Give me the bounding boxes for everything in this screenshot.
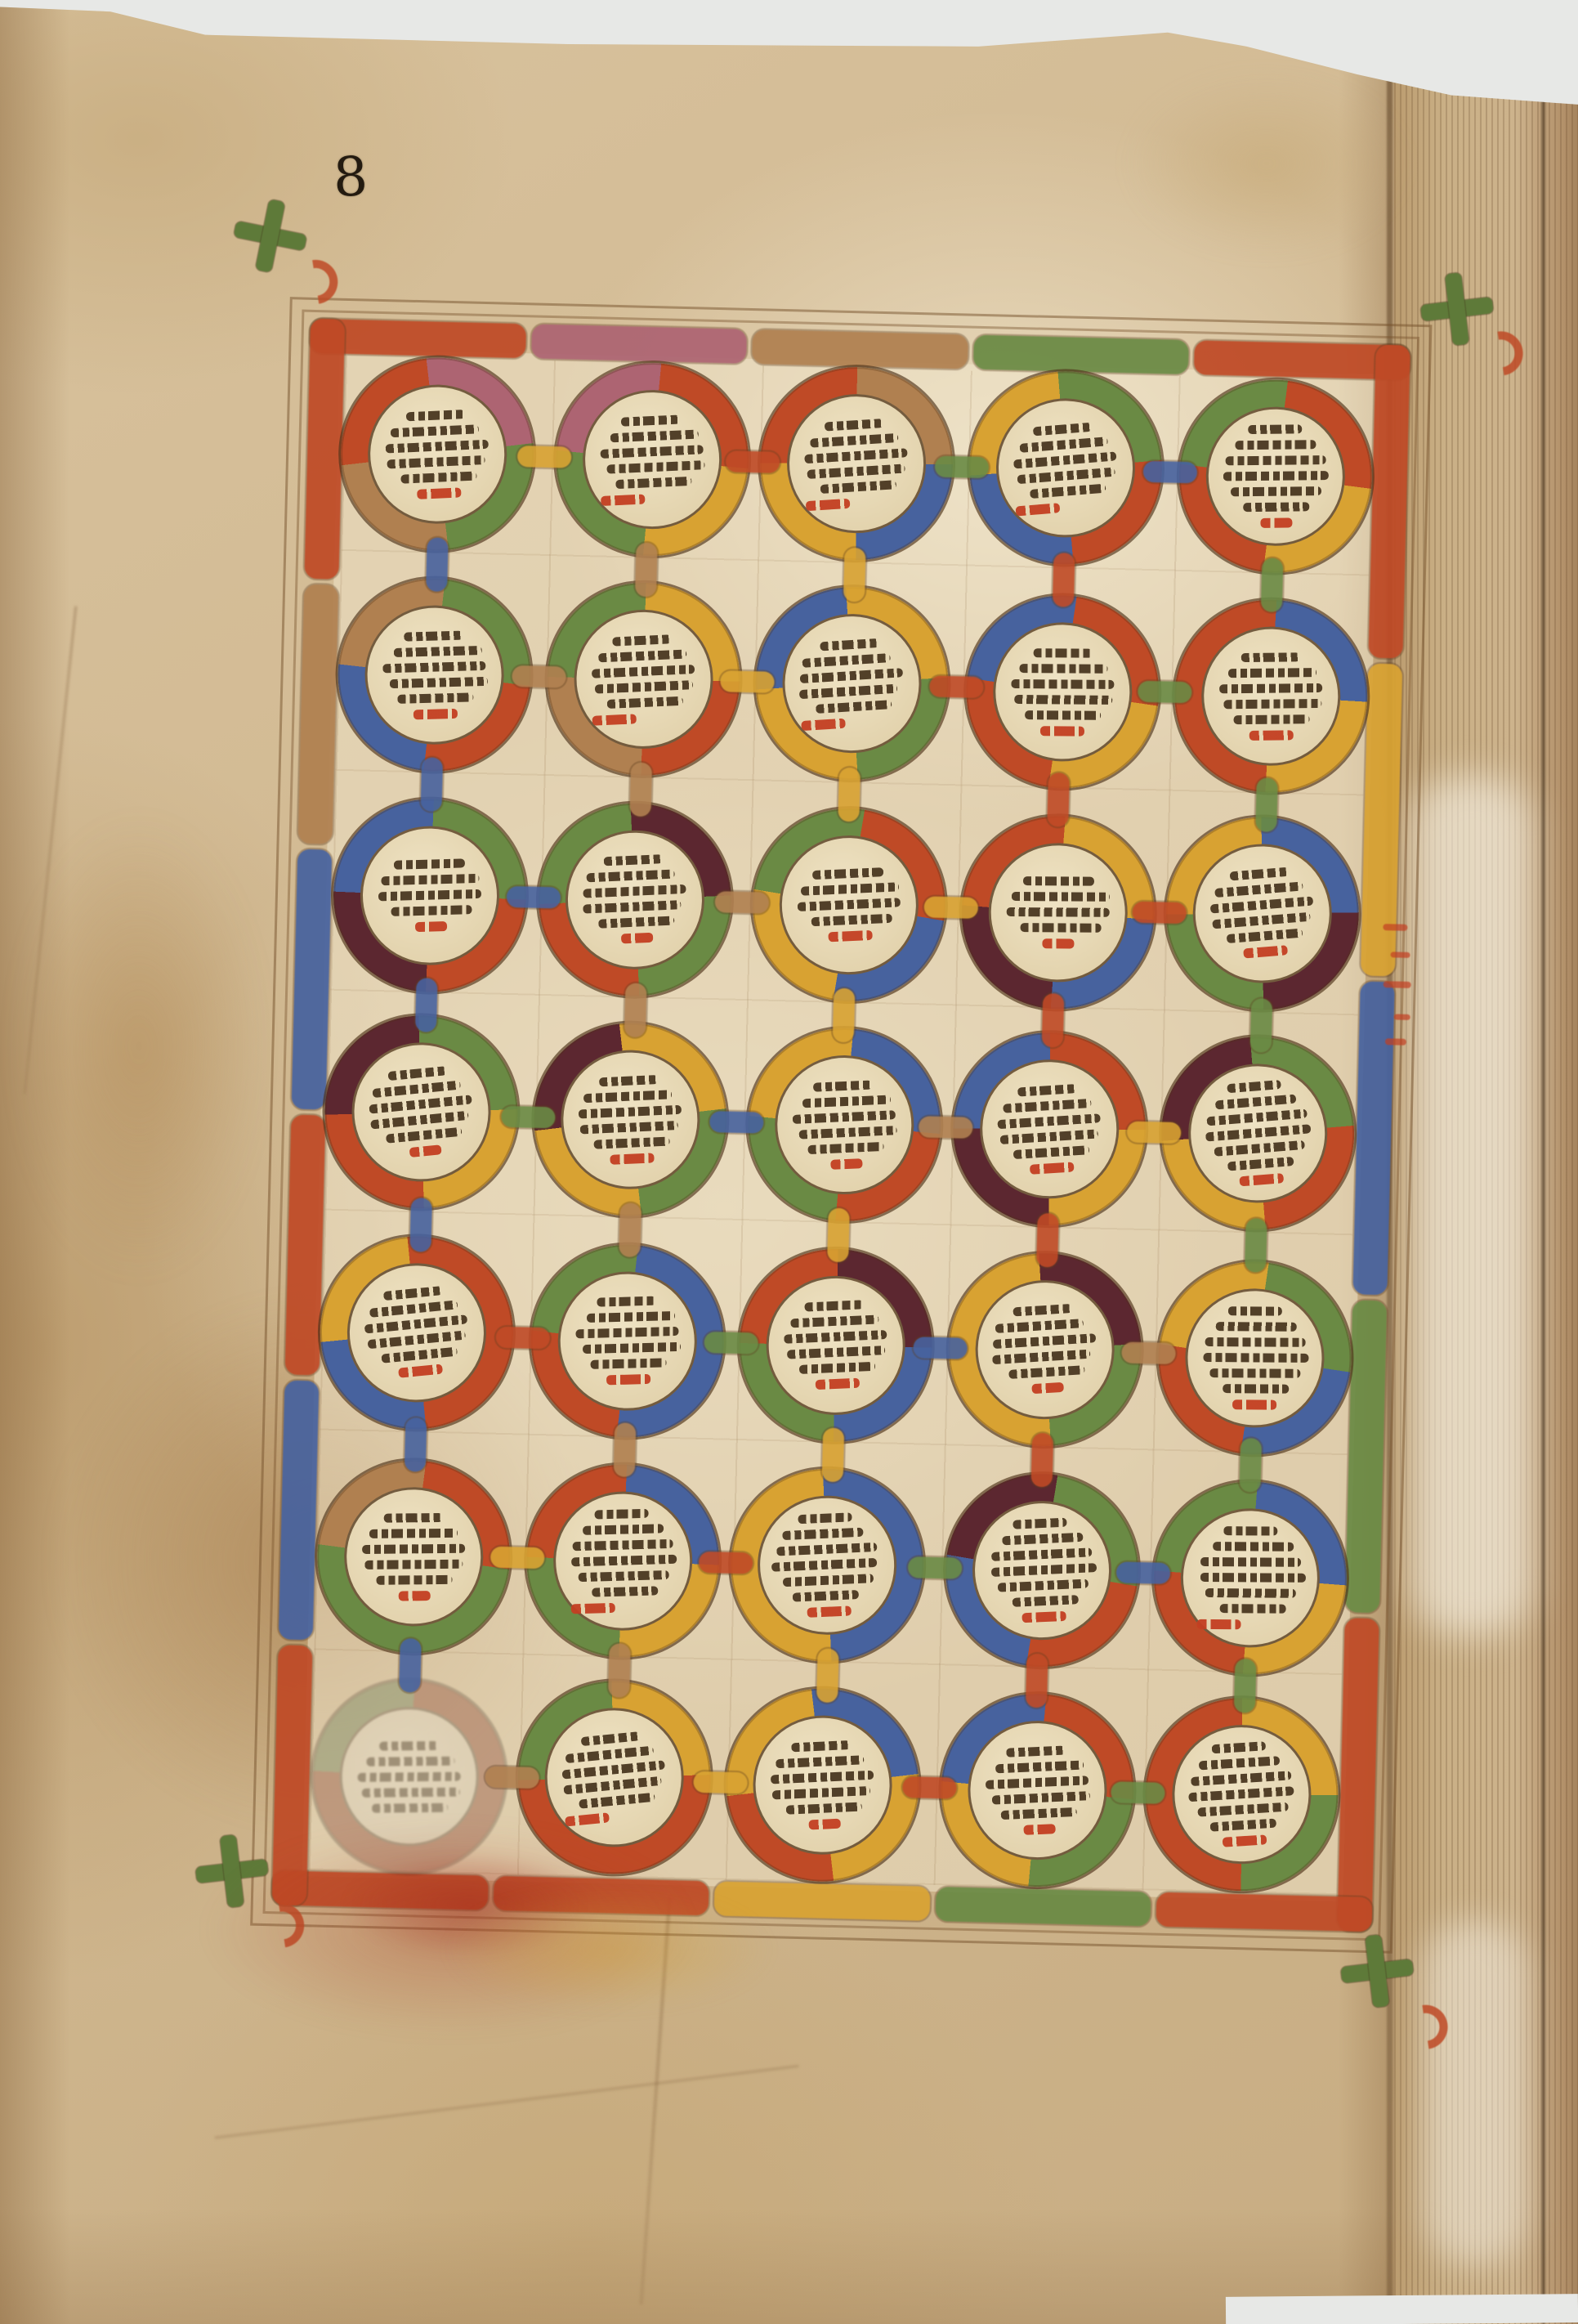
syriac-text-line <box>578 1570 668 1582</box>
syriac-text-line <box>1223 1384 1289 1394</box>
circle-text-disc <box>1170 1724 1312 1866</box>
syriac-text-line <box>813 1080 872 1091</box>
syriac-text-line <box>1013 451 1115 468</box>
syriac-text-line <box>1003 1099 1091 1113</box>
syriac-text-line <box>385 1126 462 1143</box>
syriac-text-line <box>586 870 674 883</box>
ink-stroke <box>1383 924 1407 931</box>
chain-link <box>822 1428 845 1483</box>
syriac-text-line <box>1200 1573 1305 1583</box>
syriac-text-line <box>1213 1542 1294 1552</box>
syriac-text-line <box>594 1509 648 1520</box>
syriac-text-line <box>372 1080 461 1097</box>
syriac-text-line <box>1020 923 1101 933</box>
circle-text-disc <box>773 1054 915 1196</box>
fore-edge-worn-patch <box>1410 777 1532 1635</box>
syriac-text-line <box>381 1347 458 1364</box>
scan-backdrop <box>1226 2294 1578 2324</box>
syriac-text-line <box>387 1066 447 1081</box>
folio-number: 8 <box>333 145 369 208</box>
chain-link <box>693 1771 748 1794</box>
red-rubric-mark <box>806 498 851 510</box>
chain-link <box>1052 553 1075 607</box>
red-rubric-mark <box>1232 1399 1276 1409</box>
syriac-text-block <box>788 636 915 731</box>
syriac-text-block <box>793 416 920 511</box>
syriac-text-line <box>1219 1604 1285 1614</box>
syriac-text-line <box>1017 467 1115 484</box>
syriac-text-line <box>381 874 479 885</box>
red-rubric-mark <box>1029 1162 1074 1174</box>
syriac-text-line <box>1228 1306 1282 1315</box>
circle-text-disc <box>366 383 508 526</box>
red-rubric-mark <box>1030 1382 1063 1394</box>
syriac-text-block <box>1000 648 1124 737</box>
red-rubric-mark <box>413 709 458 720</box>
syriac-text-line <box>1225 455 1325 465</box>
syriac-text-line <box>591 665 694 678</box>
syriac-text-line <box>620 414 679 426</box>
chain-link <box>902 1776 957 1799</box>
syriac-text-line <box>1205 1337 1305 1347</box>
syriac-text-block <box>548 1728 679 1827</box>
red-rubric-mark <box>409 1144 441 1158</box>
red-rubric-mark <box>601 494 645 505</box>
circle-text-disc <box>780 612 923 755</box>
syriac-text-line <box>776 1543 877 1556</box>
syriac-text-line <box>391 905 472 916</box>
circle-text-disc <box>559 1049 701 1191</box>
syriac-text-line <box>379 1741 438 1751</box>
syriac-text-block <box>1192 1077 1323 1190</box>
syriac-text-line <box>580 1731 640 1746</box>
chain-link <box>506 886 561 909</box>
red-rubric-mark <box>828 930 872 942</box>
syriac-text-line <box>782 1574 873 1587</box>
syriac-text-block <box>759 1739 886 1832</box>
chain-link <box>704 1332 759 1355</box>
circle-text-disc <box>765 1274 907 1416</box>
red-rubric-mark <box>1260 518 1292 528</box>
chain-link <box>1138 681 1192 704</box>
circle-text-disc <box>563 828 705 970</box>
syriac-text-line <box>801 882 899 895</box>
chain-link <box>1261 557 1284 612</box>
circle-text-disc <box>778 834 920 976</box>
yellow-paint-smear <box>445 1888 772 2011</box>
chain-link <box>635 542 658 597</box>
syriac-text-block <box>1188 1526 1312 1630</box>
chain-link <box>913 1337 968 1359</box>
syriac-text-line <box>771 1771 874 1784</box>
syriac-text-line <box>387 455 485 468</box>
stain <box>16 817 262 1275</box>
syriac-text-line <box>1017 1084 1076 1096</box>
circle-text-disc <box>364 604 506 746</box>
syriac-text-line <box>1006 907 1109 917</box>
syriac-text-block <box>1198 865 1327 962</box>
circle-text-disc <box>1183 1287 1325 1429</box>
syriac-text-line <box>383 1286 443 1301</box>
syriac-text-line <box>597 916 673 929</box>
circle-text-disc <box>350 1041 492 1184</box>
red-rubric-mark <box>1039 726 1084 736</box>
page-stack-crevice <box>1541 98 1545 2324</box>
syriac-text-block <box>372 629 497 720</box>
chain-link <box>421 757 444 812</box>
frame-band-segment <box>935 1887 1151 1926</box>
fore-edge-worn-patch <box>1422 1921 1528 2264</box>
chain-link <box>1239 1438 1262 1493</box>
syriac-text-line <box>606 460 704 473</box>
red-rubric-mark <box>807 1605 851 1617</box>
syriac-text-line <box>772 1786 870 1799</box>
syriac-text-block <box>352 1512 476 1601</box>
chain-link <box>838 768 861 822</box>
chain-link <box>608 1643 631 1698</box>
syriac-text-line <box>815 700 892 714</box>
chain-link <box>485 1767 539 1789</box>
syriac-text-line <box>799 684 897 700</box>
syriac-text-block <box>996 876 1120 949</box>
circle-text-disc <box>346 1261 488 1404</box>
syriac-text-block <box>560 1508 685 1614</box>
frame-band-segment <box>752 329 968 369</box>
chain-link <box>409 1198 432 1252</box>
chain-link <box>1030 1433 1053 1488</box>
red-rubric-mark <box>1239 1173 1284 1186</box>
syriac-text-line <box>1230 867 1290 881</box>
syriac-text-line <box>985 1775 1088 1789</box>
syriac-text-block <box>347 1740 471 1813</box>
syriac-text-line <box>1206 1109 1307 1126</box>
syriac-text-line <box>811 867 883 880</box>
syriac-text-block <box>1193 1305 1316 1409</box>
syriac-text-block <box>1000 419 1129 517</box>
canon-table <box>279 325 1404 1925</box>
red-rubric-mark <box>1223 1835 1267 1847</box>
frame-band-segment <box>304 319 345 580</box>
circle-text-disc <box>756 1494 898 1637</box>
syriac-text-line <box>597 1296 655 1307</box>
chain-link <box>415 978 438 1032</box>
frame-band-segment <box>531 324 748 363</box>
circle-text-disc <box>556 1269 698 1412</box>
book-page: 8 <box>0 0 1578 2324</box>
red-rubric-mark <box>398 1364 443 1378</box>
red-rubric-mark <box>1041 938 1073 948</box>
red-rubric-mark <box>414 921 446 932</box>
stain <box>1128 74 1406 253</box>
syriac-text-line <box>583 1090 671 1103</box>
circle-text-disc <box>751 1714 893 1856</box>
syriac-text-line <box>997 1113 1100 1129</box>
syriac-text-line <box>362 1788 460 1798</box>
syriac-text-line <box>393 858 464 869</box>
syriac-text-line <box>366 1757 454 1767</box>
red-rubric-mark <box>592 714 636 725</box>
syriac-text-line <box>1219 683 1322 693</box>
syriac-text-line <box>586 1311 674 1323</box>
chain-link <box>1036 1213 1059 1268</box>
syriac-text-line <box>406 410 465 421</box>
chain-link <box>1250 998 1273 1053</box>
frame-band-segment <box>1156 1892 1373 1932</box>
syriac-text-line <box>791 1740 850 1752</box>
chain-link <box>1025 1653 1048 1708</box>
syriac-text-line <box>1228 668 1316 678</box>
syriac-text-line <box>1032 422 1092 436</box>
syriac-text-line <box>997 1579 1088 1592</box>
chain-link <box>399 1638 422 1693</box>
circle-text-disc <box>1179 1507 1321 1649</box>
syriac-text-block <box>368 858 492 933</box>
syriac-text-line <box>782 1528 863 1540</box>
circle-text-disc <box>552 1490 694 1632</box>
syriac-text-block <box>580 633 707 726</box>
syriac-text-line <box>1212 1742 1267 1754</box>
syriac-text-line <box>1200 1557 1301 1567</box>
syriac-text-block <box>986 1081 1113 1176</box>
red-rubric-mark <box>816 1378 860 1390</box>
syriac-text-line <box>1013 1145 1089 1159</box>
circle-text-disc <box>1200 625 1342 768</box>
syriac-text-line <box>1197 1802 1288 1817</box>
syriac-text-block <box>351 1283 482 1381</box>
binding-remnant <box>1495 0 1578 135</box>
red-rubric-mark <box>801 719 846 731</box>
frame-band-segment <box>973 335 1190 374</box>
chain-link <box>726 450 780 473</box>
syriac-text-line <box>382 661 485 674</box>
syriac-text-line <box>792 1590 858 1602</box>
chain-link <box>405 1417 427 1472</box>
syriac-text-block <box>588 413 715 506</box>
chain-link <box>715 891 770 914</box>
circle-text-disc <box>572 608 714 750</box>
syriac-text-line <box>369 1095 472 1113</box>
syriac-text-line <box>579 1121 677 1134</box>
syriac-text-line <box>1011 892 1109 902</box>
syriac-text-line <box>1012 1595 1078 1607</box>
ink-stroke <box>1384 981 1411 988</box>
chain-link <box>495 1326 550 1349</box>
syriac-text-line <box>390 677 488 688</box>
circle-text-disc <box>978 1058 1120 1200</box>
red-rubric-mark <box>1015 503 1060 516</box>
circle-text-disc <box>994 396 1136 539</box>
syriac-text-line <box>1001 1533 1082 1545</box>
chain-link <box>720 671 775 694</box>
syriac-text-line <box>364 1559 463 1569</box>
ink-stroke <box>1385 1038 1406 1046</box>
syriac-text-line <box>1214 1095 1296 1110</box>
chain-link <box>1041 992 1064 1047</box>
syriac-text-line <box>1022 876 1093 886</box>
chain-link <box>843 548 866 602</box>
syriac-text-line <box>807 1142 883 1154</box>
syriac-text-line <box>798 898 901 911</box>
syriac-text-line <box>999 1129 1097 1144</box>
syriac-text-line <box>771 1558 876 1572</box>
chain-link <box>1047 772 1070 827</box>
syriac-text-line <box>1203 1353 1308 1363</box>
syriac-text-line <box>802 1095 891 1108</box>
syriac-text-line <box>820 638 879 651</box>
syriac-text-line <box>1226 929 1303 943</box>
syriac-text-block <box>374 408 501 501</box>
syriac-text-line <box>1000 1807 1076 1820</box>
syriac-text-line <box>362 1543 465 1553</box>
red-rubric-mark <box>1196 1619 1240 1629</box>
syriac-text-line <box>800 668 903 683</box>
chain-link <box>929 676 984 699</box>
chain-link <box>709 1111 764 1134</box>
syriac-text-block <box>567 1073 694 1166</box>
syriac-text-line <box>376 1574 452 1584</box>
syriac-text-line <box>1230 486 1321 496</box>
syriac-text-line <box>565 1745 654 1762</box>
syriac-text-line <box>990 1563 1096 1577</box>
syriac-text-block <box>1214 424 1337 529</box>
red-rubric-mark <box>1021 1611 1066 1623</box>
chain-link <box>512 665 566 688</box>
syriac-text-line <box>578 1104 681 1118</box>
chain-link <box>923 896 978 919</box>
chain-link <box>1116 1561 1171 1584</box>
syriac-text-line <box>592 1136 668 1149</box>
syriac-text-line <box>820 480 896 494</box>
chain-link <box>501 1106 556 1129</box>
syriac-text-line <box>1223 471 1328 481</box>
manuscript-photo: 8 <box>0 0 1578 2324</box>
syriac-text-line <box>603 854 662 866</box>
syriac-text-line <box>799 1126 897 1139</box>
syriac-text-line <box>790 1315 878 1328</box>
red-rubric-mark <box>417 487 461 499</box>
syriac-text-line <box>1210 897 1313 914</box>
syriac-text-line <box>793 1110 896 1124</box>
syriac-text-block <box>781 1078 908 1171</box>
syriac-text-line <box>598 1075 657 1086</box>
syriac-text-line <box>404 631 463 642</box>
chain-link <box>629 763 652 817</box>
circle-text-disc <box>973 1278 1115 1421</box>
syriac-text-line <box>371 1803 447 1813</box>
syriac-text-line <box>583 900 681 913</box>
syriac-text-line <box>582 1342 680 1354</box>
syriac-text-line <box>1198 1757 1279 1771</box>
syriac-text-line <box>575 1327 678 1339</box>
syriac-text-line <box>1209 1368 1300 1378</box>
syriac-text-line <box>1013 1518 1066 1529</box>
red-rubric-mark <box>808 1819 841 1830</box>
syriac-text-block <box>763 1511 891 1619</box>
syriac-text-line <box>561 1760 664 1779</box>
frame-band-segment <box>714 1881 931 1920</box>
chain-link <box>833 987 856 1042</box>
syriac-text-line <box>582 1524 663 1535</box>
syriac-text-line <box>591 1586 657 1596</box>
circle-text-disc <box>543 1707 685 1849</box>
syriac-text-line <box>1205 1124 1310 1141</box>
syriac-text-line <box>1029 483 1106 498</box>
syriac-text-line <box>598 649 686 662</box>
syriac-text-line <box>1019 437 1108 453</box>
syriac-text-line <box>776 1755 864 1768</box>
chain-link <box>624 983 646 1037</box>
chain-link <box>619 1202 641 1257</box>
syriac-text-line <box>563 1776 662 1795</box>
syriac-text-line <box>811 914 892 926</box>
chain-link <box>816 1648 839 1703</box>
red-rubric-mark <box>620 933 653 944</box>
syriac-text-line <box>369 1300 458 1317</box>
syriac-text-line <box>802 653 890 668</box>
circle-text-disc <box>991 621 1133 763</box>
syriac-text-line <box>1227 1157 1294 1171</box>
chain-link <box>934 456 989 479</box>
red-rubric-mark <box>398 1591 430 1601</box>
syriac-text-line <box>1014 695 1112 705</box>
circle-text-disc <box>342 1485 485 1628</box>
red-rubric-mark <box>830 1158 863 1170</box>
circle-text-disc <box>359 824 501 966</box>
red-rubric-mark <box>1022 1824 1055 1835</box>
circle-text-disc <box>1191 842 1334 984</box>
syriac-text-line <box>825 419 884 431</box>
chain-link <box>1133 901 1187 924</box>
red-rubric-mark <box>1243 945 1288 958</box>
red-rubric-mark <box>565 1812 610 1826</box>
syriac-text-block <box>978 1516 1106 1625</box>
syriac-text-line <box>589 1358 665 1369</box>
frame-band-segment <box>298 584 339 844</box>
chain-link <box>1127 1122 1182 1144</box>
syriac-text-line <box>787 1346 885 1359</box>
syriac-text-line <box>1243 502 1309 512</box>
circle-text-disc <box>971 1499 1113 1641</box>
syriac-text-block <box>786 866 912 944</box>
syriac-text-line <box>583 884 686 898</box>
circle-text-disc <box>1187 1063 1329 1205</box>
frame-band-segment <box>292 849 333 1110</box>
chain-link <box>1234 1659 1257 1713</box>
syriac-text-line <box>992 1350 1090 1365</box>
syriac-text-block <box>981 1302 1108 1397</box>
syriac-text-line <box>807 463 905 479</box>
frame-band-segment <box>285 1115 326 1376</box>
syriac-text-line <box>378 889 481 902</box>
syriac-text-line <box>1215 1322 1296 1332</box>
syriac-text-line <box>1209 1819 1276 1832</box>
syriac-text-line <box>804 448 907 463</box>
syriac-text-line <box>1205 1588 1295 1598</box>
syriac-text-line <box>572 1539 673 1551</box>
syriac-text-line <box>1233 714 1309 724</box>
syriac-text-line <box>600 445 703 459</box>
syriac-text-line <box>358 1772 461 1782</box>
syriac-text-line <box>1188 1787 1294 1802</box>
syriac-text-line <box>391 424 479 437</box>
chain-link <box>827 1208 850 1263</box>
chain-link <box>919 1116 973 1139</box>
syriac-text-block <box>356 1063 487 1162</box>
circle-text-disc <box>986 841 1129 983</box>
red-rubric-mark <box>1249 730 1294 741</box>
syriac-text-line <box>1190 1771 1290 1787</box>
syriac-text-line <box>1214 1140 1305 1157</box>
